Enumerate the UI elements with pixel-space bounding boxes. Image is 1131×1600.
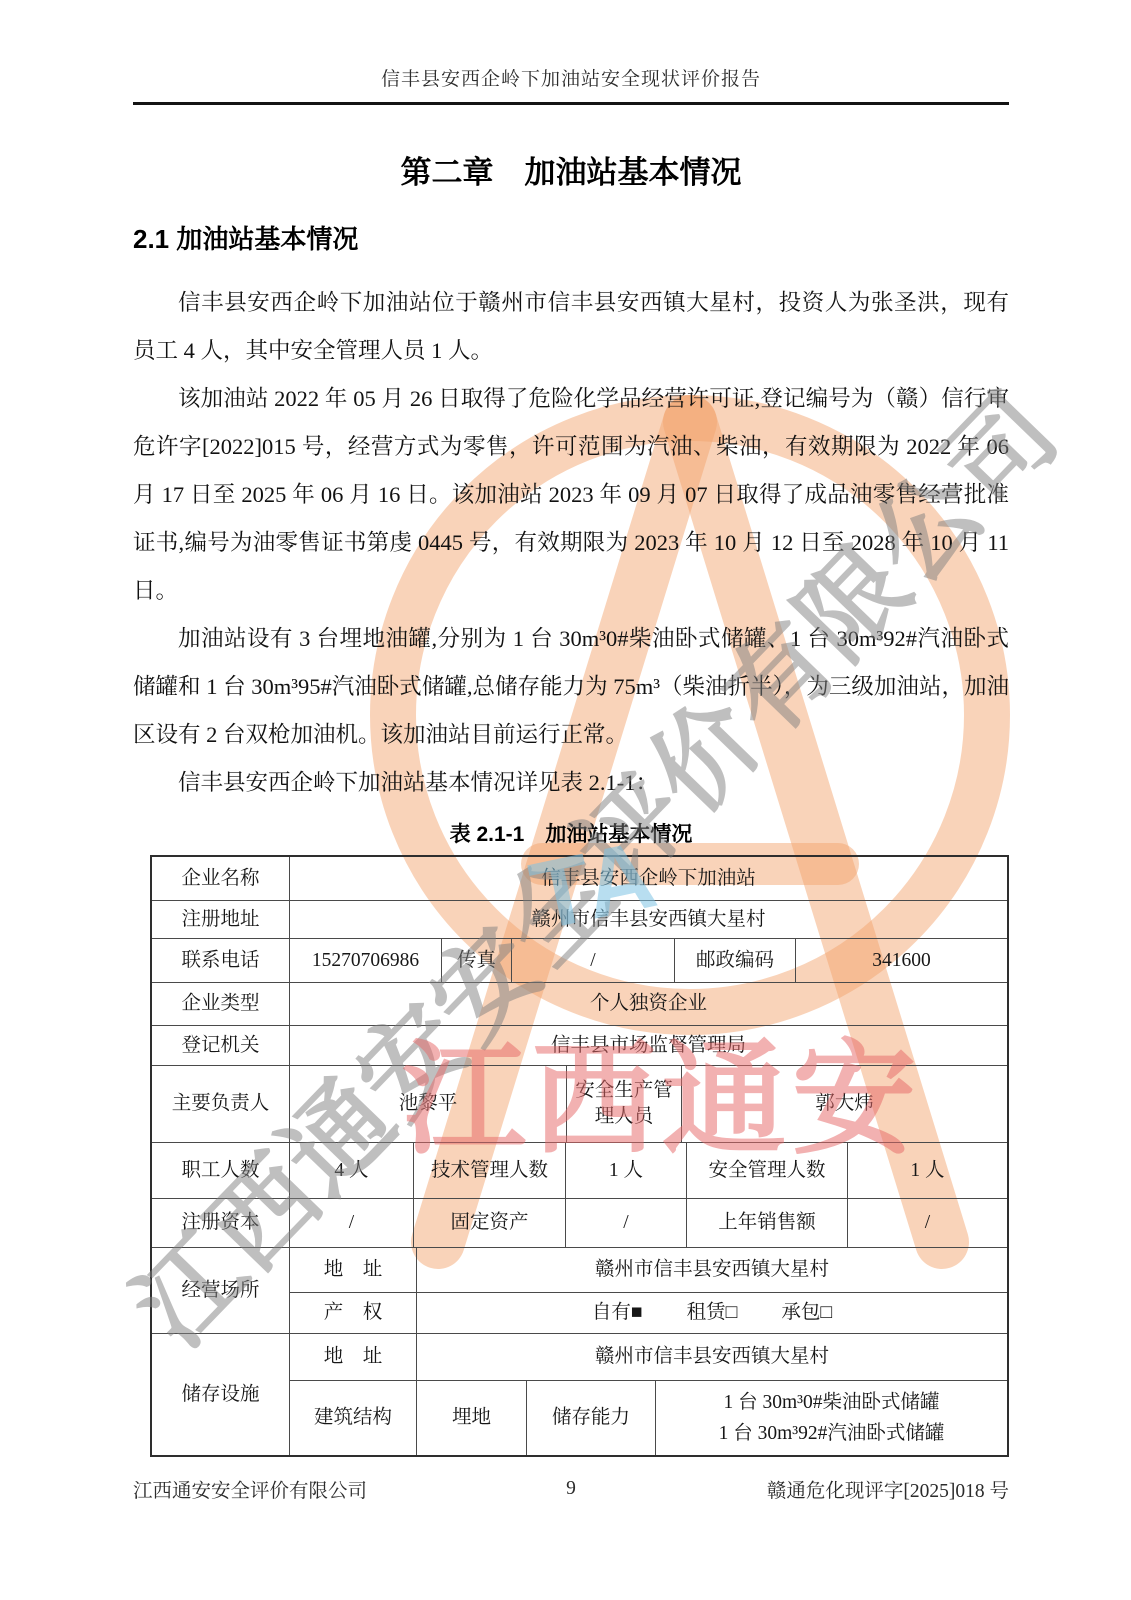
table-row-reg-authority: 登记机关 信丰县市场监督管理局 <box>152 1026 1007 1066</box>
reg-address-label: 注册地址 <box>152 901 290 938</box>
table-row-storage-address: 地 址 赣州市信丰县安西镇大星村 <box>290 1334 1007 1381</box>
phone-value: 15270706986 <box>290 939 442 982</box>
table-row-company-name: 企业名称 信丰县安西企岭下加油站 <box>152 857 1007 901</box>
ownership-own-checkbox: 自有■ <box>592 1300 643 1326</box>
structure-label: 建筑结构 <box>290 1381 417 1455</box>
basic-info-table: 企业名称 信丰县安西企岭下加油站 注册地址 赣州市信丰县安西镇大星村 联系电话 … <box>150 855 1009 1457</box>
fixed-assets-label: 固定资产 <box>414 1199 566 1247</box>
footer-page-number: 9 <box>566 1478 576 1500</box>
table-row-storage-structure: 建筑结构 埋地 储存能力 1 台 30m³0#柴油卧式储罐 1 台 30m³92… <box>290 1381 1007 1455</box>
capital-value: / <box>290 1199 414 1247</box>
tank-item-1: 1 台 30m³0#柴油卧式储罐 <box>723 1387 939 1418</box>
page-header-title: 信丰县安西企岭下加油站安全现状评价报告 <box>133 68 1009 105</box>
storage-addr-value: 赣州市信丰县安西镇大星村 <box>417 1334 1007 1380</box>
table-group-site: 经营场所 地 址 赣州市信丰县安西镇大星村 产 权 自有■ 租赁□ 承包□ <box>152 1248 1007 1334</box>
company-type-label: 企业类型 <box>152 983 290 1025</box>
paragraph-intro: 信丰县安西企岭下加油站位于赣州市信丰县安西镇大星村，投资人为张圣洪，现有员工 4… <box>133 279 1009 375</box>
capital-label: 注册资本 <box>152 1199 290 1247</box>
tech-staff-count: 1 人 <box>566 1143 687 1198</box>
tech-staff-label: 技术管理人数 <box>414 1143 566 1198</box>
staff-label: 职工人数 <box>152 1143 290 1198</box>
footer-company: 江西通安安全评价有限公司 <box>133 1475 566 1503</box>
paragraph-table-ref: 信丰县安西企岭下加油站基本情况详见表 2.1-1： <box>133 759 1009 807</box>
sales-label: 上年销售额 <box>687 1199 848 1247</box>
fax-value: / <box>512 939 675 982</box>
staff-count: 4 人 <box>290 1143 414 1198</box>
reg-address-value: 赣州市信丰县安西镇大星村 <box>290 901 1007 938</box>
site-addr-value: 赣州市信丰县安西镇大星村 <box>417 1248 1007 1292</box>
table-row-reg-address: 注册地址 赣州市信丰县安西镇大星村 <box>152 901 1007 939</box>
table-row-site-address: 地 址 赣州市信丰县安西镇大星村 <box>290 1248 1007 1293</box>
body-text: 信丰县安西企岭下加油站位于赣州市信丰县安西镇大星村，投资人为张圣洪，现有员工 4… <box>133 279 1009 807</box>
postcode-value: 341600 <box>796 939 1007 982</box>
structure-value: 埋地 <box>417 1381 527 1455</box>
table-group-storage: 储存设施 地 址 赣州市信丰县安西镇大星村 建筑结构 埋地 储存能力 1 台 3… <box>152 1334 1007 1455</box>
fixed-assets-value: / <box>566 1199 687 1247</box>
postcode-label: 邮政编码 <box>675 939 796 982</box>
site-addr-label: 地 址 <box>290 1248 417 1292</box>
reg-authority-value: 信丰县市场监督管理局 <box>290 1026 1007 1065</box>
table-row-ownership: 产 权 自有■ 租赁□ 承包□ <box>290 1293 1007 1333</box>
safety-manager-value: 郭大炜 <box>682 1066 1007 1142</box>
principal-value: 池黎平 <box>290 1066 567 1142</box>
table-row-principal: 主要负责人 池黎平 安全生产管理人员 郭大炜 <box>152 1066 1007 1143</box>
reg-authority-label: 登记机关 <box>152 1026 290 1065</box>
company-name-value: 信丰县安西企岭下加油站 <box>290 857 1007 900</box>
safety-staff-count: 1 人 <box>848 1143 1007 1198</box>
table-row-capital: 注册资本 / 固定资产 / 上年销售额 / <box>152 1199 1007 1248</box>
ownership-options: 自有■ 租赁□ 承包□ <box>417 1293 1007 1333</box>
company-name-label: 企业名称 <box>152 857 290 900</box>
paragraph-tanks: 加油站设有 3 台埋地油罐,分别为 1 台 30m³0#柴油卧式储罐、1 台 3… <box>133 615 1009 759</box>
ownership-contract-checkbox: 承包□ <box>781 1300 832 1326</box>
table-row-company-type: 企业类型 个人独资企业 <box>152 983 1007 1026</box>
capacity-label: 储存能力 <box>527 1381 656 1455</box>
principal-label: 主要负责人 <box>152 1066 290 1142</box>
paragraph-license: 该加油站 2022 年 05 月 26 日取得了危险化学品经营许可证,登记编号为… <box>133 375 1009 615</box>
safety-manager-label: 安全生产管理人员 <box>567 1066 682 1142</box>
ownership-label: 产 权 <box>290 1293 417 1333</box>
section-title: 2.1 加油站基本情况 <box>133 221 1009 257</box>
company-type-value: 个人独资企业 <box>290 983 1007 1025</box>
document-page: 信丰县安西企岭下加油站安全现状评价报告 第二章 加油站基本情况 2.1 加油站基… <box>0 0 1009 1503</box>
safety-staff-label: 安全管理人数 <box>687 1143 848 1198</box>
site-label: 经营场所 <box>152 1248 290 1333</box>
ownership-rent-checkbox: 租赁□ <box>687 1300 738 1326</box>
footer-doc-number: 赣通危化现评字[2025]018 号 <box>576 1475 1009 1503</box>
storage-addr-label: 地 址 <box>290 1334 417 1380</box>
storage-label: 储存设施 <box>152 1334 290 1455</box>
phone-label: 联系电话 <box>152 939 290 982</box>
sales-value: / <box>848 1199 1007 1247</box>
tank-list: 1 台 30m³0#柴油卧式储罐 1 台 30m³92#汽油卧式储罐 <box>656 1381 1007 1455</box>
chapter-title: 第二章 加油站基本情况 <box>133 151 1009 195</box>
tank-item-2: 1 台 30m³92#汽油卧式储罐 <box>719 1418 945 1449</box>
page-footer: 江西通安安全评价有限公司 9 赣通危化现评字[2025]018 号 <box>133 1475 1009 1503</box>
table-row-contact: 联系电话 15270706986 传真 / 邮政编码 341600 <box>152 939 1007 983</box>
fax-label: 传真 <box>442 939 512 982</box>
table-row-staff: 职工人数 4 人 技术管理人数 1 人 安全管理人数 1 人 <box>152 1143 1007 1199</box>
table-caption: 表 2.1-1 加油站基本情况 <box>133 815 1009 855</box>
